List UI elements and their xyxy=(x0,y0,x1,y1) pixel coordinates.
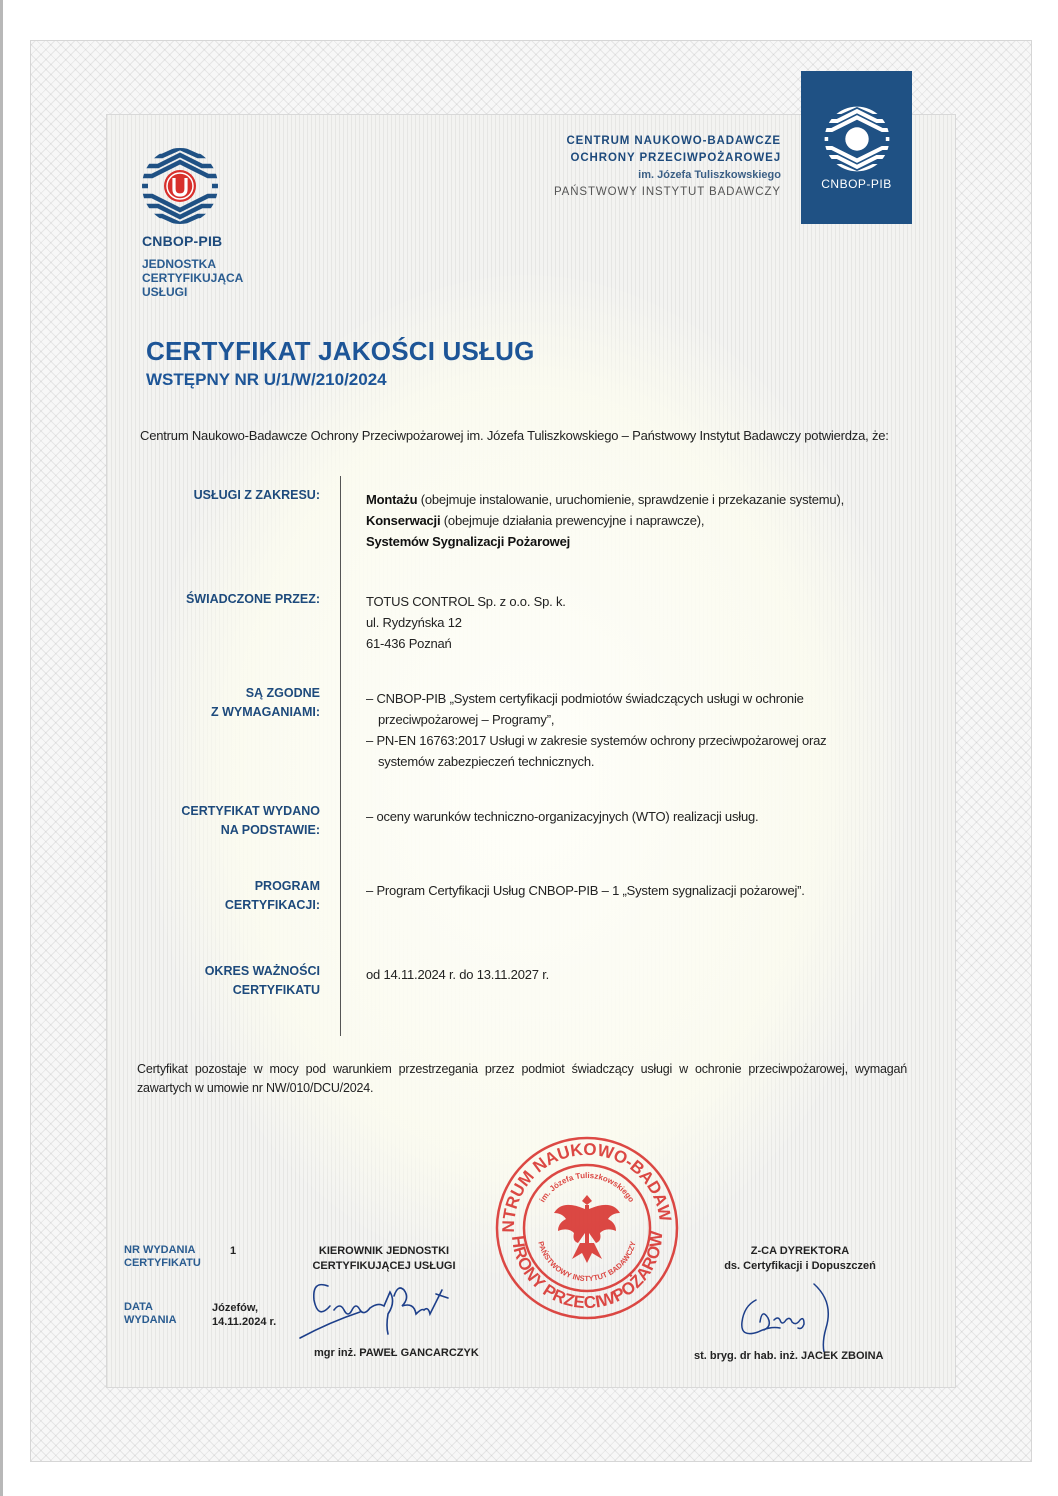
institution-line: PAŃSTWOWY INSTYTUT BADAWCZY xyxy=(554,184,781,201)
service-description: (obejmuje instalowanie, uruchomienie, sp… xyxy=(417,492,844,507)
value-provider: TOTUS CONTROL Sp. z o.o. Sp. k. ul. Rydz… xyxy=(366,591,566,654)
issue-date-value: Józefów, 14.11.2024 r. xyxy=(212,1301,276,1329)
label-line: CERTYFIKATU xyxy=(205,981,320,1000)
handwritten-signature-icon xyxy=(730,1282,850,1352)
basis-item: – oceny warunków techniczno-organizacyjn… xyxy=(366,806,758,827)
unit-line: USŁUGI xyxy=(142,285,243,299)
label-line: WYDANIA xyxy=(124,1314,177,1327)
label-line: NR WYDANIA xyxy=(124,1244,201,1257)
label-line: CERTYFIKACJI: xyxy=(225,896,320,915)
institution-line: CENTRUM NAUKOWO-BADAWCZE xyxy=(554,133,781,150)
label-issued-basis: CERTYFIKAT WYDANO NA PODSTAWIE: xyxy=(181,802,320,840)
provider-company: TOTUS CONTROL Sp. z o.o. Sp. k. xyxy=(366,591,566,612)
certificate-title: CERTYFIKAT JAKOŚCI USŁUG xyxy=(146,336,535,367)
value-services-scope: Montażu (obejmuje instalowanie, uruchomi… xyxy=(366,489,844,552)
intro-statement: Centrum Naukowo-Badawcze Ochrony Przeciw… xyxy=(140,428,889,443)
label-certification-program: PROGRAM CERTYFIKACJI: xyxy=(225,877,320,915)
value-certification-program: – Program Certyfikacji Usług CNBOP-PIB –… xyxy=(366,880,805,901)
label-line: ŚWIADCZONE PRZEZ: xyxy=(186,590,320,609)
issue-date-label: DATA WYDANIA xyxy=(124,1301,177,1327)
program-item: – Program Certyfikacji Usług CNBOP-PIB –… xyxy=(366,880,805,901)
label-requirements: SĄ ZGODNE Z WYMAGANIAMI: xyxy=(211,684,320,722)
title-line: ds. Certyfikacji i Dopuszczeń xyxy=(690,1259,910,1274)
issue-place: Józefów, xyxy=(212,1301,276,1315)
unit-line: JEDNOSTKA xyxy=(142,257,243,271)
label-line: OKRES WAŻNOŚCI xyxy=(205,962,320,981)
validity-dates: od 14.11.2024 r. do 13.11.2027 r. xyxy=(366,964,549,985)
value-requirements: – CNBOP-PIB „System certyfikacji podmiot… xyxy=(366,688,856,772)
service-item: Montażu (obejmuje instalowanie, uruchomi… xyxy=(366,489,844,510)
label-validity-period: OKRES WAŻNOŚCI CERTYFIKATU xyxy=(205,962,320,1000)
label-line: CERTYFIKATU xyxy=(124,1257,201,1270)
certificate-number: WSTĘPNY NR U/1/W/210/2024 xyxy=(146,370,387,390)
scan-edge xyxy=(0,0,3,1496)
brand-label: CNBOP-PIB xyxy=(801,177,912,191)
institution-name: CENTRUM NAUKOWO-BADAWCZE OCHRONY PRZECIW… xyxy=(554,133,781,201)
service-item: Konserwacji (obejmuje działania prewency… xyxy=(366,510,844,531)
label-line: NA PODSTAWIE: xyxy=(181,821,320,840)
provider-street: ul. Rydzyńska 12 xyxy=(366,612,566,633)
label-line: PROGRAM xyxy=(225,877,320,896)
signer1-name: mgr inż. PAWEŁ GANCARCZYK xyxy=(314,1347,479,1359)
value-issued-basis: – oceny warunków techniczno-organizacyjn… xyxy=(366,806,758,827)
official-red-stamp-eagle-icon: CENTRUM NAUKOWO-BADAWCZE OCHRONY PRZECIW… xyxy=(492,1133,682,1323)
label-provided-by: ŚWIADCZONE PRZEZ: xyxy=(186,590,320,609)
service-name: Konserwacji xyxy=(366,513,440,528)
service-name: Systemów Sygnalizacji Pożarowej xyxy=(366,534,570,549)
validity-condition-note: Certyfikat pozostaje w mocy pod warunkie… xyxy=(137,1060,907,1098)
issue-date: 14.11.2024 r. xyxy=(212,1315,276,1329)
title-line: CERTYFIKUJĄCEJ USŁUGI xyxy=(300,1259,468,1274)
institution-line: OCHRONY PRZECIWPOŻAROWEJ xyxy=(554,150,781,167)
edition-number: 1 xyxy=(230,1244,236,1258)
label-line: DATA xyxy=(124,1301,177,1314)
signer2-name: st. bryg. dr hab. inż. JACEK ZBOINA xyxy=(694,1350,883,1362)
requirement-item: – PN-EN 16763:2017 Usługi w zakresie sys… xyxy=(366,730,856,772)
requirement-item: – CNBOP-PIB „System certyfikacji podmiot… xyxy=(366,688,856,730)
institution-line: im. Józefa Tuliszkowskiego xyxy=(554,167,781,184)
cnbop-brand-box: CNBOP-PIB xyxy=(801,71,912,224)
label-line: CERTYFIKAT WYDANO xyxy=(181,802,320,821)
title-line: Z-CA DYREKTORA xyxy=(690,1244,910,1259)
cnbop-logo-icon xyxy=(821,103,893,175)
signer1-title: KIEROWNIK JEDNOSTKI CERTYFIKUJĄCEJ USŁUG… xyxy=(300,1244,468,1274)
signer2-title: Z-CA DYREKTORA ds. Certyfikacji i Dopusz… xyxy=(690,1244,910,1274)
label-line: Z WYMAGANIAMI: xyxy=(211,703,320,722)
cnbop-certification-u-logo-icon xyxy=(140,146,220,226)
unit-line: CERTYFIKUJĄCA xyxy=(142,271,243,285)
edition-label: NR WYDANIA CERTYFIKATU xyxy=(124,1244,201,1270)
column-divider xyxy=(340,476,341,1036)
left-logo-acronym: CNBOP-PIB xyxy=(142,233,243,249)
provider-city: 61-436 Poznań xyxy=(366,633,566,654)
value-validity-period: od 14.11.2024 r. do 13.11.2027 r. xyxy=(366,964,549,985)
service-name: Montażu xyxy=(366,492,417,507)
service-description: (obejmuje działania prewencyjne i napraw… xyxy=(440,513,704,528)
label-line: SĄ ZGODNE xyxy=(211,684,320,703)
handwritten-signature-icon xyxy=(290,1276,470,1348)
label-services-scope: USŁUGI Z ZAKRESU: xyxy=(194,486,320,505)
certification-unit-label: CNBOP-PIB JEDNOSTKA CERTYFIKUJĄCA USŁUGI xyxy=(142,233,243,299)
title-line: KIEROWNIK JEDNOSTKI xyxy=(300,1244,468,1259)
service-item: Systemów Sygnalizacji Pożarowej xyxy=(366,531,844,552)
label-line: USŁUGI Z ZAKRESU: xyxy=(194,486,320,505)
